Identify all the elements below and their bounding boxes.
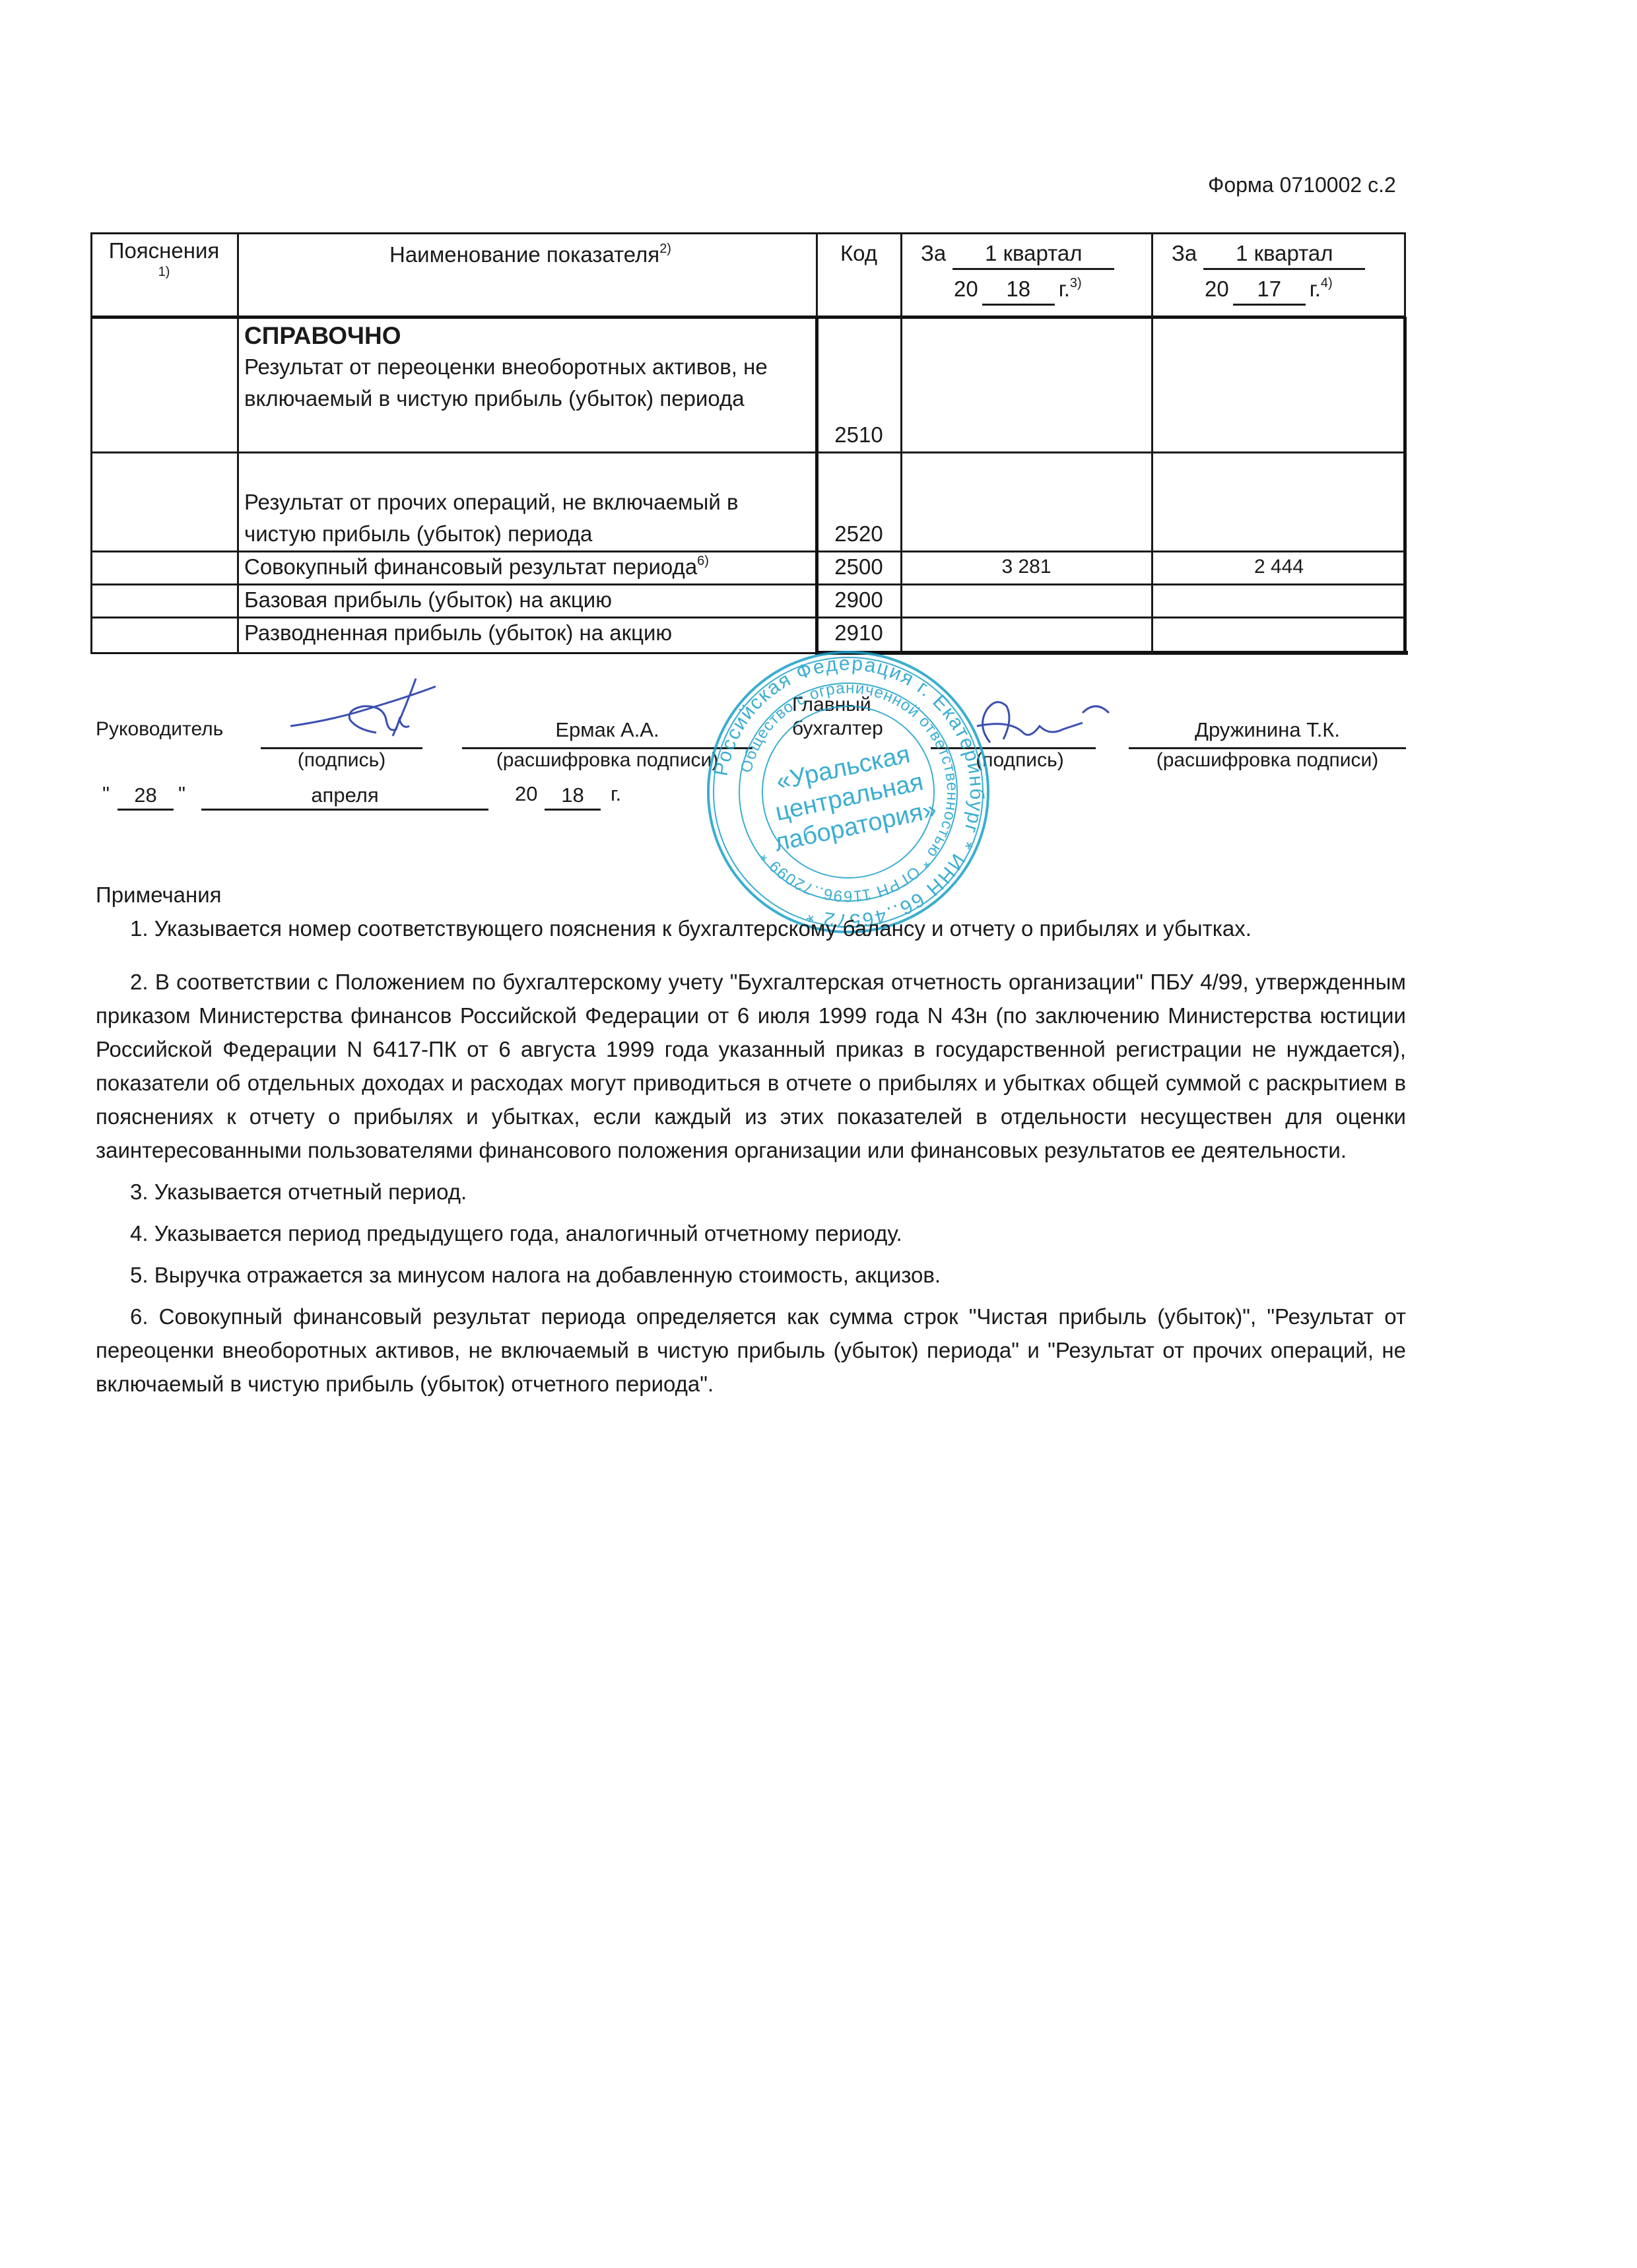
row-code: 2900 (817, 584, 901, 617)
notes-title: Примечания (96, 878, 1406, 912)
header-indicator-name-label: Наименование показателя (389, 242, 659, 267)
table-border (816, 232, 818, 317)
period-current-note: 3) (1070, 276, 1082, 290)
row-name-text: Результат от переоценки внеоборотных акт… (244, 351, 817, 415)
period-century: 20 (954, 277, 978, 301)
chief-accountant-signature-caption: (подпись) (937, 749, 1102, 772)
table-border (90, 232, 1406, 234)
section-title: СПРАВОЧНО (244, 317, 817, 351)
period-century: 20 (1205, 277, 1229, 301)
head-name: Ермак А.А. (462, 718, 752, 742)
table-border (900, 232, 902, 654)
note-item: 3. Указывается отчетный период. (96, 1175, 1406, 1209)
row-value-previous (1152, 584, 1406, 617)
head-signature-scribble-icon (277, 673, 462, 746)
table-border (237, 232, 239, 654)
row-name: Базовая прибыль (убыток) на акцию (238, 584, 817, 617)
table-border (1403, 317, 1407, 655)
head-title: Руководитель (96, 718, 223, 741)
table-border (817, 651, 1408, 655)
period-suffix: г. (1310, 277, 1321, 301)
chief-accountant-name: Дружинина Т.К. (1129, 718, 1406, 742)
chief-accountant-signature-scribble-icon (951, 686, 1122, 752)
notes-section: Примечания 1. Указывается номер соответс… (96, 878, 1406, 1401)
row-name: Результат от прочих операций, не включае… (238, 452, 817, 551)
row-name: СПРАВОЧНО Результат от переоценки внеобо… (238, 317, 817, 452)
table-border (90, 617, 1406, 618)
date-year: 18 (545, 782, 601, 811)
table-border (90, 550, 1406, 552)
row-explanation (90, 452, 238, 551)
row-name: Разводненная прибыль (убыток) на акцию (238, 617, 817, 653)
date-close-quote: " (178, 782, 185, 806)
table-row: Базовая прибыль (убыток) на акцию 2900 (90, 584, 1406, 617)
period-suffix: г. (1059, 277, 1070, 301)
header-period-current: За1 квартал 2018г.3) (901, 232, 1152, 317)
head-name-caption: (расшифровка подписи) (462, 749, 752, 772)
row-value-previous: 2 444 (1152, 551, 1406, 584)
row-value-current: 3 281 (901, 551, 1152, 584)
date-month: апреля (201, 782, 488, 811)
row-explanation (90, 551, 238, 584)
period-current-name: 1 квартал (952, 239, 1114, 270)
table-border (90, 652, 817, 654)
row-code-value: 2510 (817, 419, 901, 451)
header-indicator-name-note: 2) (659, 242, 671, 256)
header-indicator-name: Наименование показателя2) (238, 232, 817, 317)
date-open-quote: " (102, 782, 110, 806)
header-explanations-note: 1) (90, 264, 238, 280)
row-explanation (90, 317, 238, 452)
row-value-current (901, 317, 1152, 452)
table-border (90, 232, 92, 654)
table-border (1404, 232, 1406, 317)
head-signature-caption: (подпись) (261, 749, 422, 772)
header-explanations: Пояснения 1) (90, 232, 238, 317)
note-item: 1. Указывается номер соответствующего по… (96, 912, 1406, 945)
date-suffix: г. (611, 782, 621, 806)
row-code: 2510 (817, 317, 901, 452)
row-explanation (90, 584, 238, 617)
row-code: 2500 (817, 551, 901, 584)
note-item: 6. Совокупный финансовый результат перио… (96, 1300, 1406, 1401)
chief-accountant-title: Главный бухгалтер (792, 693, 883, 741)
row-value-current (901, 617, 1152, 653)
svg-text:«Уральская: «Уральская (774, 741, 912, 796)
table-row: Совокупный финансовый результат периода6… (90, 551, 1406, 584)
date-day: 28 (117, 782, 174, 811)
date-century: 20 (515, 782, 537, 806)
form-number: Форма 0710002 с.2 (1208, 173, 1396, 197)
period-prefix: За (1172, 241, 1197, 265)
note-item: 5. Выручка отражается за минусом налога … (96, 1258, 1406, 1292)
row-value-current (901, 452, 1152, 551)
row-name-text: Совокупный финансовый результат периода (244, 554, 697, 579)
table-border (90, 451, 1406, 453)
chief-accountant-name-caption: (расшифровка подписи) (1129, 749, 1406, 772)
period-previous-name: 1 квартал (1203, 239, 1365, 270)
row-name-note: 6) (697, 554, 709, 568)
table-border (90, 316, 1406, 319)
table-border (1151, 232, 1153, 654)
chief-accountant-title-line2: бухгалтер (792, 717, 883, 741)
row-value-previous (1152, 452, 1406, 551)
row-explanation (90, 617, 238, 653)
header-period-previous: За1 квартал 2017г.4) (1152, 232, 1406, 317)
svg-text:лаборатория»: лаборатория» (772, 795, 939, 857)
row-value-previous (1152, 617, 1406, 653)
period-prefix: За (921, 241, 946, 265)
row-code: 2910 (817, 617, 901, 653)
header-code: Код (817, 232, 901, 317)
note-item: 4. Указывается период предыдущего года, … (96, 1217, 1406, 1250)
row-code: 2520 (817, 452, 901, 551)
table-row: Разводненная прибыль (убыток) на акцию 2… (90, 617, 1406, 653)
row-name-text: Результат от прочих операций, не включае… (244, 486, 810, 550)
row-value-current (901, 584, 1152, 617)
period-previous-note: 4) (1321, 276, 1333, 290)
svg-text:центральная: центральная (773, 768, 926, 826)
header-explanations-label: Пояснения (109, 238, 220, 263)
table-border (90, 584, 1406, 585)
period-previous-year: 17 (1233, 275, 1306, 306)
row-value-previous (1152, 317, 1406, 452)
table-row: Результат от прочих операций, не включае… (90, 452, 1406, 551)
table-header-row: Пояснения 1) Наименование показателя2) К… (90, 232, 1406, 317)
chief-accountant-title-line1: Главный (792, 693, 883, 717)
note-item: 2. В соответствии с Положением по бухгал… (96, 965, 1406, 1167)
table-row: СПРАВОЧНО Результат от переоценки внеобо… (90, 317, 1406, 452)
period-current-year: 18 (982, 275, 1055, 306)
row-name: Совокупный финансовый результат периода6… (238, 551, 817, 584)
table-border (815, 317, 818, 655)
row-code-value: 2520 (817, 518, 901, 550)
